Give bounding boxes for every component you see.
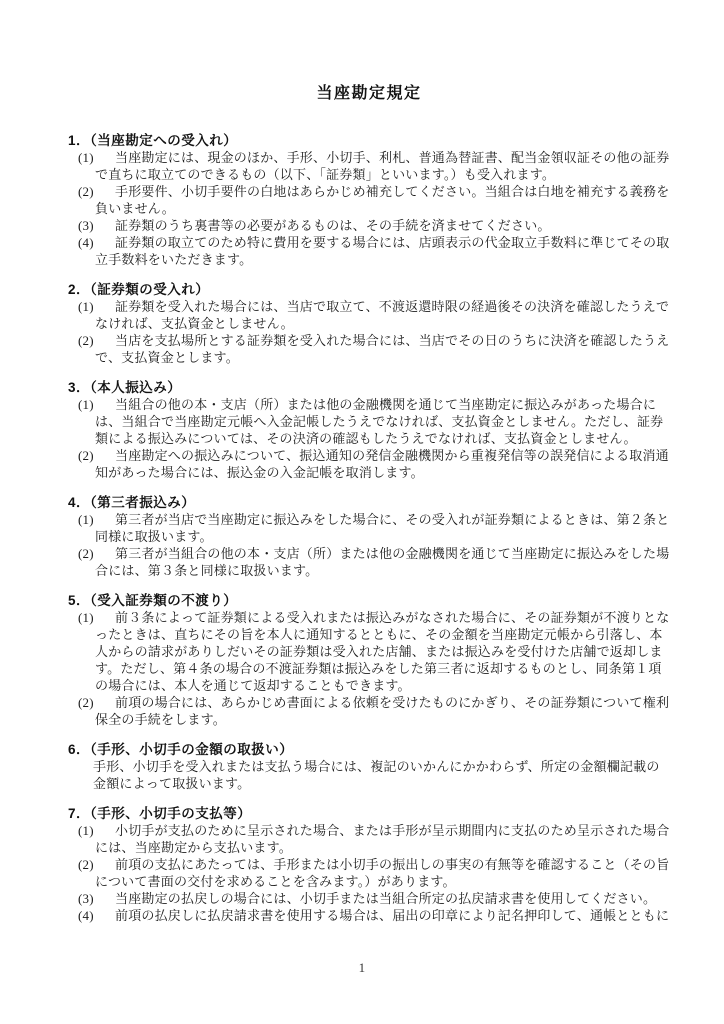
clause-number: (2)	[78, 545, 115, 562]
section-number: 6．	[68, 742, 90, 757]
section-title: （手形、小切手の金額の取扱い）	[90, 742, 293, 757]
clause-text: 当座勘定には、現金のほか、手形、小切手、利札、普通為替証書、配当金領収証その他の…	[95, 150, 669, 182]
clause-number: (2)	[78, 332, 115, 349]
section-heading: 2．（証券類の受入れ）	[68, 281, 670, 298]
clause-item: (2)前項の支払にあたっては、手形または小切手の振出しの事実の有無等を確認するこ…	[95, 856, 670, 890]
clause-text: 当座勘定の払戻しの場合には、小切手または当組合所定の払戻請求書を使用してください…	[115, 891, 656, 906]
clause-number: (1)	[78, 149, 115, 166]
clause-number: (1)	[78, 298, 115, 315]
clause-item: (4)証券類の取立てのため特に費用を要する場合には、店頭表示の代金取立手数料に準…	[95, 234, 670, 268]
section-5: 5．（受入証券類の不渡り） (1)前３条によって証券類による受入れまたは振込みが…	[68, 592, 670, 728]
clause-text: 前項の場合には、あらかじめ書面による依頼を受けたものにかぎり、その証券類について…	[95, 695, 669, 727]
section-title: （本人振込み）	[90, 380, 181, 395]
section-heading: 5．（受入証券類の不渡り）	[68, 592, 670, 609]
section-number: 2．	[68, 282, 90, 297]
clause-item: (1)証券類を受入れた場合には、当店で取立て、不渡返還時限の経過後その決済を確認…	[95, 298, 670, 332]
clause-number: (3)	[78, 217, 115, 234]
section-heading: 4．（第三者振込み）	[68, 494, 670, 511]
clause-number: (1)	[78, 822, 115, 839]
page-number: 1	[0, 959, 724, 976]
clause-text: 手形要件、小切手要件の白地はあらかじめ補充してください。当組合は白地を補充する義…	[95, 184, 669, 216]
clause-text: 第三者が当組合の他の本・支店（所）または他の金融機関を通じて当座勘定に振込みをし…	[95, 546, 669, 578]
clause-number: (2)	[78, 694, 115, 711]
clause-item: (4)前項の払戻しに払戻請求書を使用する場合は、届出の印章により記名押印して、通…	[95, 907, 670, 924]
section-title: （受入証券類の不渡り）	[90, 593, 237, 608]
section-number: 1．	[68, 133, 90, 148]
section-number: 5．	[68, 593, 90, 608]
clause-text: 小切手が支払のために呈示された場合、または手形が呈示期間内に支払のため呈示された…	[95, 823, 669, 855]
section-title: （当座勘定への受入れ）	[90, 133, 237, 148]
clause-item: (1)第三者が当店で当座勘定に振込みをした場合に、その受入れが証券類によるときは…	[95, 511, 670, 545]
clause-text: 前項の払戻しに払戻請求書を使用する場合は、届出の印章により記名押印して、通帳とと…	[115, 908, 669, 923]
clause-item: (1)当座勘定には、現金のほか、手形、小切手、利札、普通為替証書、配当金領収証そ…	[95, 149, 670, 183]
section-heading: 3．（本人振込み）	[68, 379, 670, 396]
clause-item: (1)小切手が支払のために呈示された場合、または手形が呈示期間内に支払のため呈示…	[95, 822, 670, 856]
clause-item: (3)証券類のうち裏書等の必要があるものは、その手続を済ませてください。	[95, 217, 670, 234]
clause-text: 当組合の他の本・支店（所）または他の金融機関を通じて当座勘定に振込みがあった場合…	[95, 397, 663, 446]
clause-item: (2)第三者が当組合の他の本・支店（所）または他の金融機関を通じて当座勘定に振込…	[95, 545, 670, 579]
clause-item: (2)前項の場合には、あらかじめ書面による依頼を受けたものにかぎり、その証券類に…	[95, 694, 670, 728]
section-heading: 6．（手形、小切手の金額の取扱い）	[68, 741, 670, 758]
clause-text: 前３条によって証券類による受入れまたは振込みがなされた場合に、その証券類が不渡り…	[95, 610, 669, 693]
clause-number: (4)	[78, 234, 115, 251]
section-heading: 7．（手形、小切手の支払等）	[68, 805, 670, 822]
document-title: 当座勘定規定	[68, 84, 670, 104]
clause-text: 証券類を受入れた場合には、当店で取立て、不渡返還時限の経過後その決済を確認したう…	[95, 299, 669, 331]
section-6: 6．（手形、小切手の金額の取扱い） 手形、小切手を受入れまたは支払う場合には、複…	[68, 741, 670, 792]
section-2: 2．（証券類の受入れ） (1)証券類を受入れた場合には、当店で取立て、不渡返還時…	[68, 281, 670, 366]
section-number: 3．	[68, 380, 90, 395]
clause-item: (2)当座勘定への振込みについて、振込通知の発信金融機関から重複発信等の誤発信に…	[95, 447, 670, 481]
section-title: （手形、小切手の支払等）	[90, 806, 251, 821]
section-1: 1．（当座勘定への受入れ） (1)当座勘定には、現金のほか、手形、小切手、利札、…	[68, 132, 670, 268]
section-number: 7．	[68, 806, 90, 821]
clause-text: 証券類の取立てのため特に費用を要する場合には、店頭表示の代金取立手数料に準じてそ…	[95, 235, 669, 267]
section-4: 4．（第三者振込み） (1)第三者が当店で当座勘定に振込みをした場合に、その受入…	[68, 494, 670, 579]
clause-number: (2)	[78, 447, 115, 464]
section-title: （第三者振込み）	[90, 495, 195, 510]
clause-text: 証券類のうち裏書等の必要があるものは、その手続を済ませてください。	[115, 218, 551, 233]
clause-item: (1)前３条によって証券類による受入れまたは振込みがなされた場合に、その証券類が…	[95, 609, 670, 694]
section-number: 4．	[68, 495, 90, 510]
clause-text: 当店を支払場所とする証券類を受入れた場合には、当店でその日のうちに決済を確認した…	[95, 333, 669, 365]
clause-text: 前項の支払にあたっては、手形または小切手の振出しの事実の有無等を確認すること（そ…	[95, 857, 669, 889]
clause-item: (1)当組合の他の本・支店（所）または他の金融機関を通じて当座勘定に振込みがあっ…	[95, 396, 670, 447]
clause-item: (2)当店を支払場所とする証券類を受入れた場合には、当店でその日のうちに決済を確…	[95, 332, 670, 366]
clause-item: (3)当座勘定の払戻しの場合には、小切手または当組合所定の払戻請求書を使用してく…	[95, 890, 670, 907]
clause-text: 当座勘定への振込みについて、振込通知の発信金融機関から重複発信等の誤発信による取…	[95, 448, 669, 480]
section-heading: 1．（当座勘定への受入れ）	[68, 132, 670, 149]
section-title: （証券類の受入れ）	[90, 282, 209, 297]
document-page: 当座勘定規定 1．（当座勘定への受入れ） (1)当座勘定には、現金のほか、手形、…	[0, 0, 724, 1024]
section-3: 3．（本人振込み） (1)当組合の他の本・支店（所）または他の金融機関を通じて当…	[68, 379, 670, 481]
clause-number: (1)	[78, 511, 115, 528]
clause-item: (2)手形要件、小切手要件の白地はあらかじめ補充してください。当組合は白地を補充…	[95, 183, 670, 217]
clause-text: 第三者が当店で当座勘定に振込みをした場合に、その受入れが証券類によるときは、第２…	[95, 512, 669, 544]
clause-number: (3)	[78, 890, 115, 907]
section-7: 7．（手形、小切手の支払等） (1)小切手が支払のために呈示された場合、または手…	[68, 805, 670, 924]
clause-number: (2)	[78, 183, 115, 200]
clause-number: (1)	[78, 609, 115, 626]
clause-number: (4)	[78, 907, 115, 924]
clause-number: (1)	[78, 396, 115, 413]
section-body-text: 手形、小切手を受入れまたは支払う場合には、複記のいかんにかかわらず、所定の金額欄…	[93, 758, 670, 792]
clause-number: (2)	[78, 856, 115, 873]
